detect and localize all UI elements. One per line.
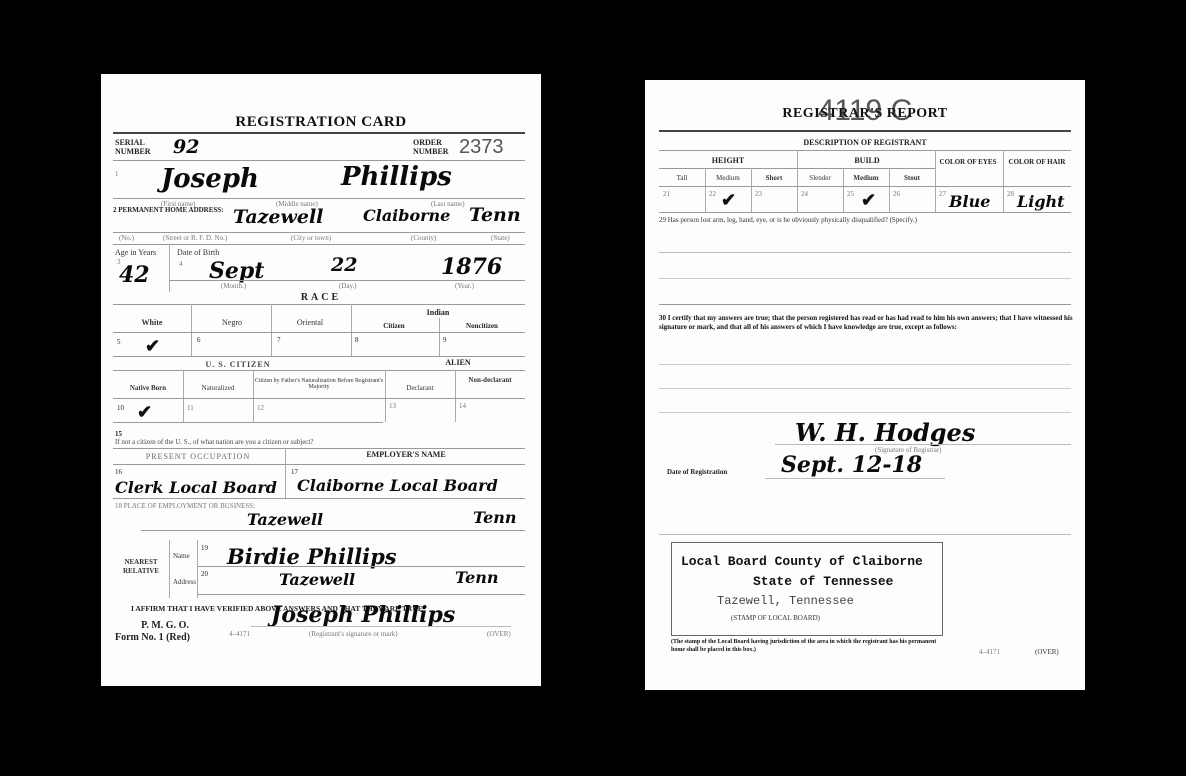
race-white-checkmark: ✔ (145, 336, 160, 357)
last-name: Phillips (341, 162, 452, 192)
employment-place-label: 18 PLACE OF EMPLOYMENT OR BUSINESS: (115, 502, 255, 510)
order-number: 2373 (459, 136, 504, 159)
height-medium-checkmark: ✔ (721, 190, 736, 211)
registration-date: Sept. 12-18 (781, 452, 922, 478)
serial-number: 92 (173, 136, 199, 158)
occupation-value: Clerk Local Board (115, 478, 277, 497)
age-label: Age in Years (115, 248, 156, 257)
employment-state: Tenn (473, 508, 517, 527)
registration-date-label: Date of Registration (667, 468, 727, 476)
dob-year: 1876 (441, 254, 502, 280)
race-heading: RACE (101, 292, 541, 303)
first-name: Joseph (161, 164, 259, 194)
dob-day: 22 (331, 254, 357, 276)
home-address-label: 2 PERMANENT HOME ADDRESS: (113, 206, 224, 214)
hair-color: Light (1017, 192, 1065, 211)
address-county: Claiborne (363, 206, 450, 225)
stamp-number: 4119 C (645, 94, 1085, 128)
stamp-line-1: Local Board County of Claiborne (681, 554, 923, 569)
registration-card: REGISTRATION CARD SERIAL NUMBER 92 ORDER… (101, 74, 541, 686)
dob-label: Date of Birth (177, 248, 219, 257)
order-label: ORDER NUMBER (413, 138, 453, 156)
stamp-line-2: State of Tennessee (753, 574, 893, 589)
registrar-signature: W. H. Hodges (795, 418, 975, 447)
relative-state: Tenn (455, 568, 499, 587)
employment-city: Tazewell (247, 510, 323, 529)
relative-city: Tazewell (279, 570, 355, 589)
certification-statement: 30 I certify that my answers are true; t… (659, 314, 1073, 332)
eye-color: Blue (949, 192, 990, 211)
address-state: Tenn (469, 204, 521, 226)
physical-disqualification-question: 29 Has person lost arm, leg, hand, eye, … (659, 216, 1073, 225)
card-title: REGISTRATION CARD (101, 114, 541, 131)
serial-label: SERIAL NUMBER (115, 138, 155, 156)
form-number: Form No. 1 (Red) (115, 632, 190, 643)
citizenship-question: If not a citizen of the U. S., of what n… (115, 438, 313, 446)
age-value: 42 (119, 262, 150, 288)
stamp-note: (The stamp of the Local Board having jur… (671, 638, 951, 654)
native-born-checkmark: ✔ (137, 402, 152, 423)
registrars-report-card: REGISTRAR'S REPORT 4119 C DESCRIPTION OF… (645, 80, 1085, 690)
address-city: Tazewell (233, 206, 323, 228)
stamp-line-3: Tazewell, Tennessee (717, 594, 854, 608)
build-medium-checkmark: ✔ (861, 190, 876, 211)
registrant-signature: Joseph Phillips (271, 602, 455, 628)
employer-value: Claiborne Local Board (297, 476, 498, 495)
